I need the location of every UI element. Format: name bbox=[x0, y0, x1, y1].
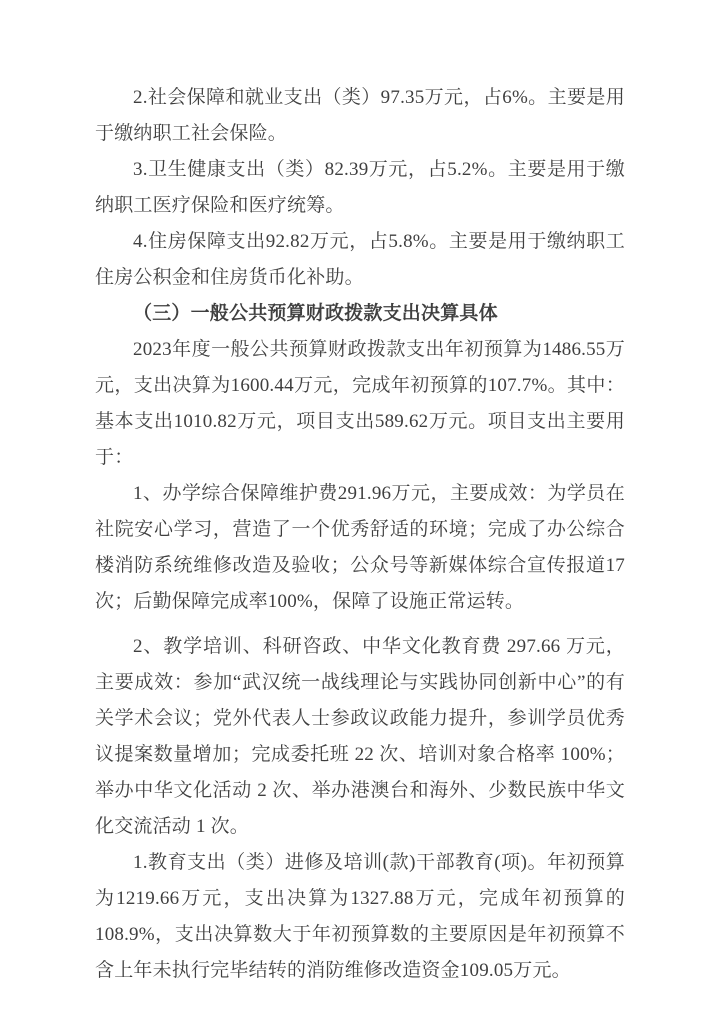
paragraph-health-expenditure: 3.卫生健康支出（类）82.39万元，占5.2%。主要是用于缴纳职工医疗保险和医… bbox=[95, 152, 625, 224]
paragraph-education-expenditure-detail: 1.教育支出（类）进修及培训(款)干部教育(项)。年初预算为1219.66万元，… bbox=[95, 845, 625, 989]
section-heading-general-budget-expenditure-details: （三）一般公共预算财政拨款支出决算具体 bbox=[95, 296, 625, 332]
document-page: 2.社会保障和就业支出（类）97.35万元，占6%。主要是用于缴纳职工社会保险。… bbox=[0, 0, 720, 1019]
paragraph-project-teaching-training-culture: 2、教学培训、科研咨政、中华文化教育费 297.66 万元，主要成效：参加“武汉… bbox=[95, 629, 625, 845]
paragraph-housing-expenditure: 4.住房保障支出92.82万元，占5.8%。主要是用于缴纳职工住房公积金和住房货… bbox=[95, 224, 625, 296]
paragraph-budget-overview: 2023年度一般公共预算财政拨款支出年初预算为1486.55万元，支出决算为16… bbox=[95, 332, 625, 476]
paragraph-project-school-operation-maintenance: 1、办学综合保障维护费291.96万元，主要成效：为学员在社院安心学习，营造了一… bbox=[95, 476, 625, 620]
paragraph-social-security-employment-expenditure: 2.社会保障和就业支出（类）97.35万元，占6%。主要是用于缴纳职工社会保险。 bbox=[95, 80, 625, 152]
